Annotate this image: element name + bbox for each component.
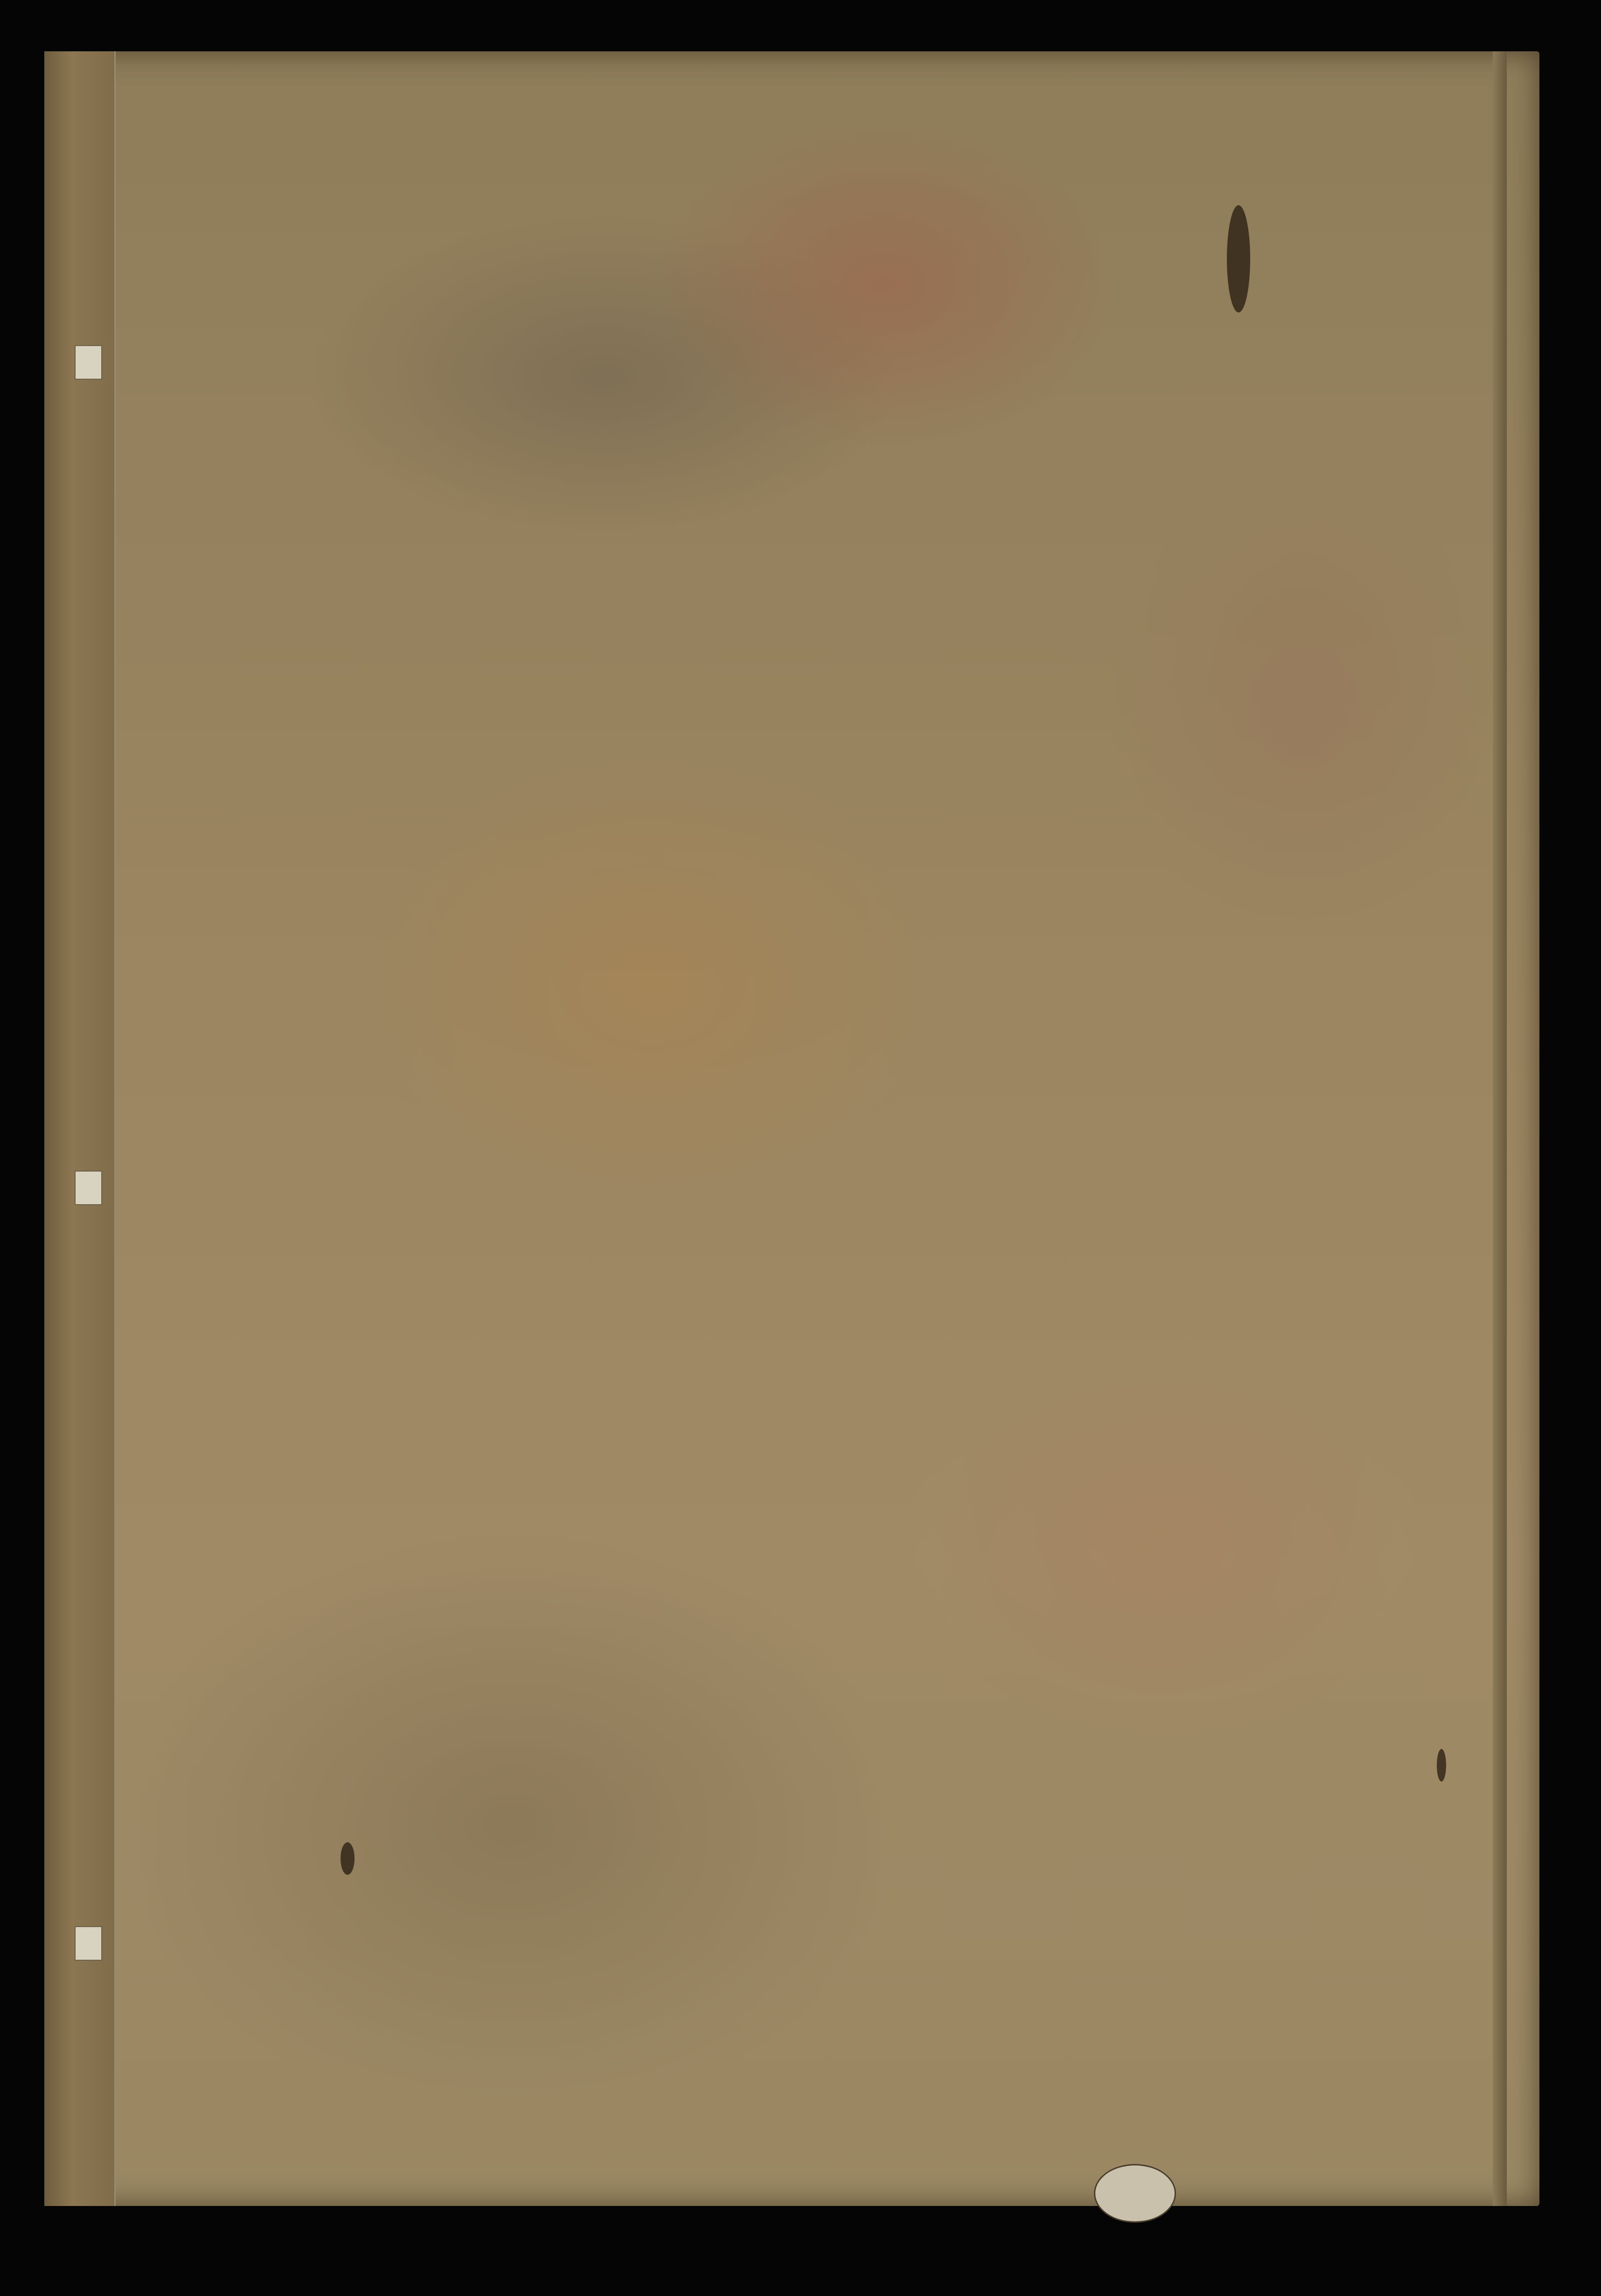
spine-tab-middle [75, 1171, 102, 1205]
vellum-cover [44, 51, 1539, 2206]
spine-tab-top [75, 345, 102, 380]
dark-stain [1227, 205, 1250, 312]
dark-stain [1437, 1749, 1446, 1782]
dark-stain [341, 1842, 355, 1875]
spine-tab-bottom [75, 1926, 102, 1961]
fore-edge [1493, 51, 1507, 2206]
clasp-mark [1094, 2164, 1176, 2223]
